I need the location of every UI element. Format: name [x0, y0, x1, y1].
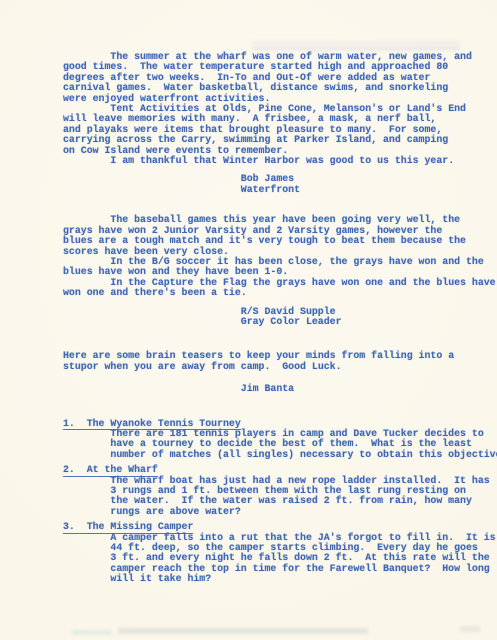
ink-bleedthrough-smudge: [72, 630, 112, 635]
puzzle-body: There are 181 tennis players in camp and…: [110, 429, 475, 460]
waterfront-report-body: The summer at the wharf was one of warm …: [63, 52, 475, 166]
puzzle-list: 1.The Wyanoke Tennis Tourney There are 1…: [63, 419, 475, 585]
ink-bleedthrough-smudge: [252, 37, 460, 51]
puzzle-title: At the Wharf: [87, 464, 158, 475]
typed-newsletter-page: The summer at the wharf was one of warm …: [0, 0, 497, 640]
puzzle-title: The Missing Camper: [87, 521, 194, 532]
sports-signature: R/S David Supple Gray Color Leader: [241, 307, 475, 328]
puzzle-number: 1.: [63, 418, 75, 429]
signature-role: Waterfront: [241, 185, 475, 195]
puzzle-number: 3.: [63, 521, 75, 532]
sports-report-body: The baseball games this year have been g…: [63, 215, 475, 298]
puzzle-title: The Wyanoke Tennis Tourney: [87, 418, 241, 429]
puzzle-number: 2.: [63, 464, 75, 475]
waterfront-signature: Bob James Waterfront: [241, 174, 475, 195]
puzzle-item: 2.At the Wharf The wharf boat has just h…: [63, 465, 475, 517]
puzzle-body: A camper falls into a rut that the JA's …: [110, 533, 475, 585]
signature-name: Jim Banta: [241, 384, 475, 394]
ink-bleedthrough-smudge: [460, 626, 480, 632]
puzzle-body: The wharf boat has just had a new rope l…: [110, 476, 475, 518]
ink-bleedthrough-smudge: [118, 628, 368, 634]
brain-teasers-intro: Here are some brain teasers to keep your…: [63, 351, 475, 372]
puzzle-item: 1.The Wyanoke Tennis Tourney There are 1…: [63, 419, 475, 461]
brain-teasers-signature: Jim Banta: [241, 384, 475, 394]
page-content: The summer at the wharf was one of warm …: [63, 52, 475, 585]
signature-role: Gray Color Leader: [241, 317, 475, 327]
puzzle-item: 3.The Missing Camper A camper falls into…: [63, 522, 475, 584]
